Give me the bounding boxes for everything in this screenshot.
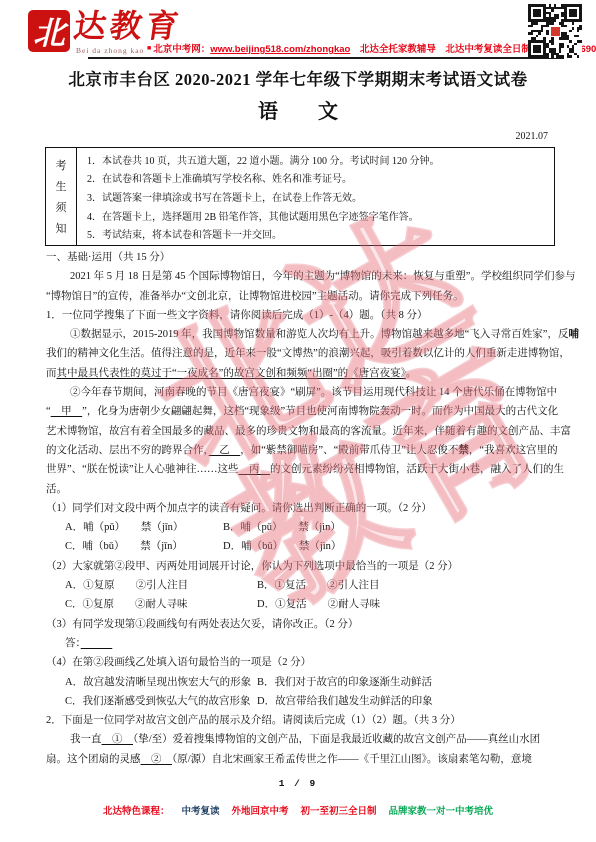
text-segment: （1）同学们对文段中两个加点字的读音有疑问。请你选出判断正确的一项。（2 分） xyxy=(46,503,432,514)
text-segment: ① xyxy=(102,734,134,745)
notice-side-label: 考生须知 xyxy=(46,148,77,245)
text-segment: ”，化身为唐朝少女翩翩起舞，这档“现象级”节目也使河南博物院轰动一时。而作为中国… xyxy=(82,406,558,417)
text-segment: D．故宫带给我们越发生动鲜活的印象 xyxy=(257,696,433,707)
text-segment: 品牌家教一对一中考培优 xyxy=(389,806,494,817)
text-segment: 初一至初三全日制 xyxy=(301,806,377,817)
text-segment: 丙 xyxy=(238,464,270,475)
text-segment: 其中最具代表性的莫过于“一夜成名”的故宫文创和频频“出圈”的《唐宫夜宴》 xyxy=(57,368,406,379)
text-line: “ 甲 ”，化身为唐朝少女翩翩起舞，这档“现象级”节目也使河南博物院轰动一时。而… xyxy=(46,402,554,421)
text-line: 活。 xyxy=(46,480,554,499)
text-segment: 艺术博物馆，故宫有着全国最多的藏品、最多的珍贵文物和最高的客流量。近年来，伴随着… xyxy=(46,426,571,437)
text-segment: B．我们对于故宫的印象逐渐生动鲜活 xyxy=(257,677,432,688)
examinee-notice-box: 考生须知 1．本试卷共 10 页，共五道大题，22 道小题。满分 100 分。考… xyxy=(45,147,555,246)
text-segment: ■ xyxy=(147,45,151,52)
text-segment: 而 xyxy=(46,368,57,379)
text-segment: 的文化活动、层出不穷的跨界合作， xyxy=(46,445,209,456)
text-segment: 我们的精神文化生活。值得注意的是，近年来一股“文博热”的浪潮兴起，吸引着数以亿计… xyxy=(46,348,570,359)
notice-item: 5．考试结束，将本试卷和答题卡一并交回。 xyxy=(87,226,544,241)
text-segment: 1．一位同学搜集了下面一些文字资料，请你阅读后完成（1）-（4）题。（共 8 分… xyxy=(46,310,428,321)
notice-item: 2．在试卷和答题卡上准确填写学校名称、姓名和准考证号。 xyxy=(87,170,544,185)
text-line: 2．下面是一位同学对故宫文创产品的展示及介绍。请阅读后完成（1）（2）题。（共 … xyxy=(46,711,554,730)
text-segment: A．故宫越发清晰呈现出恢宏大气的形象 xyxy=(65,673,257,692)
text-segment: 外地回京中考 xyxy=(231,806,288,817)
text-segment: 北达特色课程： xyxy=(103,806,170,817)
text-line: 1．一位同学搜集了下面一些文字资料，请你阅读后完成（1）-（4）题。（共 8 分… xyxy=(46,306,554,325)
text-line: A．故宫越发清晰呈现出恢宏大气的形象B．我们对于故宫的印象逐渐生动鲜活 xyxy=(46,673,554,692)
text-segment: D．①复活 ②耐人寻味 xyxy=(257,599,380,610)
text-segment: A．哺（pǔ） 禁（jīn） xyxy=(65,518,223,537)
text-line: （4）在第②段画线乙处填入语句最恰当的一项是（2 分） xyxy=(46,653,554,672)
text-segment: C．我们逐渐感受到恢弘大气的故宫形象 xyxy=(65,692,257,711)
page-title: 北京市丰台区 2020-2021 学年七年级下学期期末考试语文试卷 xyxy=(0,66,596,90)
text-line: 我一直 ① （挚/至）爱着搜集博物馆的文创产品，下面是我最近收藏的故宫文创产品—… xyxy=(46,730,554,749)
text-segment: 甲 xyxy=(51,406,83,417)
text-segment: 2．下面是一位同学对故宫文创产品的展示及介绍。请阅读后完成（1）（2）题。（共 … xyxy=(46,715,461,726)
notice-side-char: 知 xyxy=(56,220,67,236)
text-segment: （原/源）自北宋画家王希孟传世之作——《千里江山图》。该扇素笔勾勒，意境 xyxy=(172,754,532,765)
text-segment: B．①复活 ②引人注目 xyxy=(257,580,380,591)
text-segment: 2021 年 5 月 18 日是第 45 个国际博物馆日，今年的主题为“博物馆的… xyxy=(70,271,575,282)
text-line: 答： xyxy=(46,634,554,653)
text-segment: ② xyxy=(141,754,173,765)
text-segment: 活。 xyxy=(46,484,67,495)
text-line: （1）同学们对文段中两个加点字的读音有疑问。请你选出判断正确的一项。（2 分） xyxy=(46,499,554,518)
text-segment: 禁 xyxy=(458,445,469,456)
text-line: 而其中最具代表性的莫过于“一夜成名”的故宫文创和频频“出圈”的《唐宫夜宴》。 xyxy=(46,364,554,383)
brand-tagline: Bei da zhong kao xyxy=(76,46,144,55)
text-line: 扇。这个团扇的灵感 ② （原/源）自北宋画家王希孟传世之作——《千里江山图》。该… xyxy=(46,750,554,769)
text-line: C．哺（bǔ） 禁（jīn）D．哺（bǔ） 禁（jìn） xyxy=(46,537,554,556)
brand-name: 达教育 xyxy=(71,6,185,46)
text-segment: 一、基础·运用（共 15 分） xyxy=(46,252,170,263)
footer-promo-line: 北达特色课程：中考复读外地回京中考初一至初三全日制品牌家教一对一中考培优 xyxy=(0,803,596,817)
text-segment: （2）大家就第②段甲、丙两处用词展开讨论，你认为下列选项中最恰当的一项是（2 分… xyxy=(46,561,458,572)
notice-side-char: 生 xyxy=(56,178,67,194)
text-segment: ，如“紫禁御喵房”、“殿前带爪侍卫”让人忍俊不 xyxy=(240,445,458,456)
text-line: 世界”、“朕在悦读”让人心驰神往……这些 丙 的文创元素纷纷亮相博物馆，活跃于大… xyxy=(46,460,554,479)
beida-seal-icon: 北 xyxy=(28,10,70,52)
notice-item: 1．本试卷共 10 页，共五道大题，22 道小题。满分 100 分。考试时间 1… xyxy=(87,152,544,167)
exam-body-text: 一、基础·运用（共 15 分）2021 年 5 月 18 日是第 45 个国际博… xyxy=(46,248,554,769)
text-segment: D．哺（bǔ） 禁（jìn） xyxy=(223,541,341,552)
exam-paper-page: 北 达教育 Bei da zhong kao ■北京中考网：www.beijin… xyxy=(0,0,596,842)
text-segment: 北京中考网： xyxy=(153,44,210,55)
notice-side-char: 考 xyxy=(56,157,67,173)
text-segment: 的文创元素纷纷亮相博物馆，活跃于大街小巷，融入了人们的生 xyxy=(270,464,564,475)
text-line: （3）有同学发现第①段画线句有两处表达欠妥，请你改正。（2 分） xyxy=(46,615,554,634)
text-segment: 中考复读 xyxy=(181,806,219,817)
exam-date: 2021.07 xyxy=(516,131,549,142)
text-segment: “博物馆日”的宣传，准备举办“文创北京，让博物馆进校园”主题活动。请你完成下列任… xyxy=(46,291,464,302)
text-segment: ①数据显示，2015-2019 年，我国博物馆数量和游览人次均有上升。博物馆越来… xyxy=(70,329,568,340)
text-segment: ②今年春节期间，河南春晚的节目《唐宫夜宴》“刷屏”。该节目运用现代科技让 14 … xyxy=(70,387,557,398)
notice-item: 3．试题答案一律填涂或书写在答题卡上，在试卷上作答无效。 xyxy=(87,189,544,204)
text-segment: C．哺（bǔ） 禁（jīn） xyxy=(65,537,223,556)
text-line: C．①复原 ②耐人寻味D．①复活 ②耐人寻味 xyxy=(46,595,554,614)
text-line: “博物馆日”的宣传，准备举办“文创北京，让博物馆进校园”主题活动。请你完成下列任… xyxy=(46,287,554,306)
notice-side-char: 须 xyxy=(56,199,67,215)
text-segment: （4）在第②段画线乙处填入语句最恰当的一项是（2 分） xyxy=(46,657,311,668)
text-segment: A．①复原 ②引人注目 xyxy=(65,576,257,595)
text-segment: 乙 xyxy=(209,445,241,456)
subject-title: 语 文 xyxy=(0,95,596,124)
header-divider xyxy=(88,57,564,59)
text-line: 我们的精神文化生活。值得注意的是，近年来一股“文博热”的浪潮兴起，吸引着数以亿计… xyxy=(46,344,554,363)
text-segment: C．①复原 ②耐人寻味 xyxy=(65,595,257,614)
text-line: 一、基础·运用（共 15 分） xyxy=(46,248,554,267)
header-url-link[interactable]: www.beijing518.com/zhongkao xyxy=(210,44,350,55)
text-line: A．哺（pǔ） 禁（jīn）B．哺（pǔ） 禁（jìn） xyxy=(46,518,554,537)
text-line: 2021 年 5 月 18 日是第 45 个国际博物馆日，今年的主题为“博物馆的… xyxy=(46,267,554,286)
notice-item: 4．在答题卡上，选择题用 2B 铅笔作答，其他试题用黑色字迹签字笔作答。 xyxy=(87,208,544,223)
text-segment: 。 xyxy=(406,368,417,379)
text-segment: 扇。这个团扇的灵感 xyxy=(46,754,141,765)
notice-items: 1．本试卷共 10 页，共五道大题，22 道小题。满分 100 分。考试时间 1… xyxy=(77,148,554,245)
text-line: 艺术博物馆，故宫有着全国最多的藏品、最多的珍贵文物和最高的客流量。近年来，伴随着… xyxy=(46,422,554,441)
text-segment: （3）有同学发现第①段画线句有两处表达欠妥，请你改正。（2 分） xyxy=(46,619,358,630)
text-segment: 我一直 xyxy=(70,734,102,745)
text-line: A．①复原 ②引人注目B．①复活 ②引人注目 xyxy=(46,576,554,595)
text-segment: 世界”、“朕在悦读”让人心驰神往……这些 xyxy=(46,464,238,475)
text-segment: 北达全托家教辅导 北达中考复读全日制： xyxy=(350,44,540,55)
text-segment: 哺 xyxy=(568,329,579,340)
text-segment: ，“我喜欢这宫里的 xyxy=(469,445,558,456)
text-segment: 答： xyxy=(65,638,81,649)
text-line: ①数据显示，2015-2019 年，我国博物馆数量和游览人次均有上升。博物馆越来… xyxy=(46,325,554,344)
text-line: ②今年春节期间，河南春晚的节目《唐宫夜宴》“刷屏”。该节目运用现代科技让 14 … xyxy=(46,383,554,402)
qr-center-logo xyxy=(549,25,561,37)
header-info-line: ■北京中考网：www.beijing518.com/zhongkao 北达全托家… xyxy=(147,41,517,55)
text-line: （2）大家就第②段甲、丙两处用词展开讨论，你认为下列选项中最恰当的一项是（2 分… xyxy=(46,557,554,576)
page-number: 1 / 9 xyxy=(0,778,596,789)
qr-code xyxy=(528,4,582,58)
text-segment xyxy=(81,638,113,649)
text-segment: B．哺（pǔ） 禁（jìn） xyxy=(223,522,341,533)
text-line: C．我们逐渐感受到恢弘大气的故宫形象D．故宫带给我们越发生动鲜活的印象 xyxy=(46,692,554,711)
text-segment: （挚/至）爱着搜集博物馆的文创产品，下面是我最近收藏的故宫文创产品——真丝山水团 xyxy=(133,734,540,745)
text-line: 的文化活动、层出不穷的跨界合作， 乙 ，如“紫禁御喵房”、“殿前带爪侍卫”让人忍… xyxy=(46,441,554,460)
